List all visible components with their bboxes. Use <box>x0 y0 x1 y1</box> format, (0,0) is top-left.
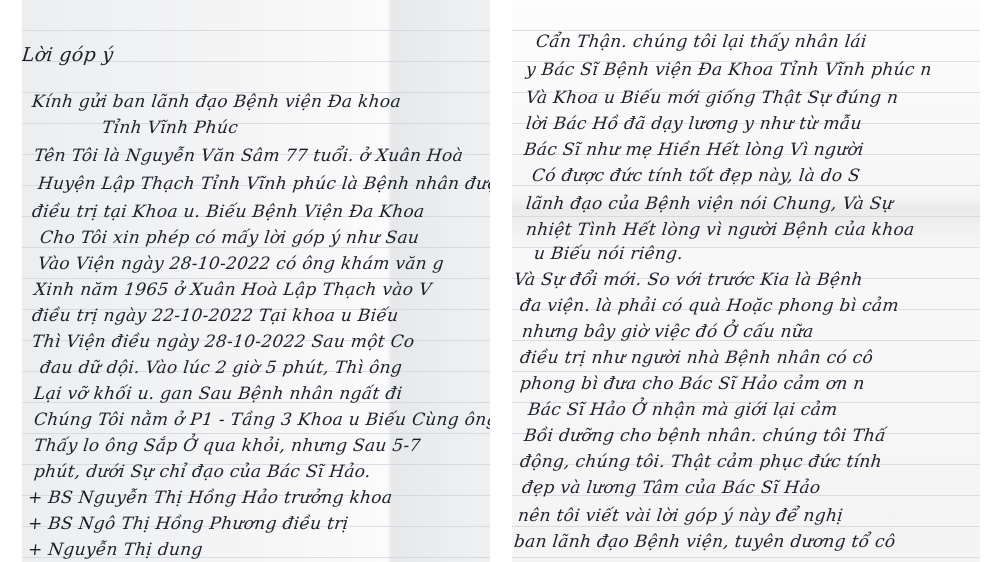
letter-line: Bác Sĩ Hảo Ở nhận mà giới lại cảm <box>527 400 839 420</box>
letter-line: điều trị như người nhà Bệnh nhân có cô <box>519 348 874 368</box>
letter-line: Vào Viện ngày 28-10-2022 có ông khám văn… <box>37 254 445 274</box>
letter-line: Thì Viện điều ngày 28-10-2022 Sau một Co <box>31 332 416 352</box>
letter-line: + Nguyễn Thị dung <box>27 540 204 560</box>
letter-line: Có được đức tính tốt đẹp này, là do S <box>531 166 861 186</box>
letter-page-right: Cẩn Thận. chúng tôi lại thấy nhân lái y … <box>512 0 980 562</box>
letter-line: động, chúng tôi. Thật cảm phục đức tính <box>519 452 883 472</box>
letter-line: phong bì đưa cho Bác Sĩ Hảo cảm ơn n <box>519 374 866 394</box>
letter-line: điều trị tại Khoa u. Biếu Bệnh Viện Đa K… <box>31 202 426 222</box>
letter-line: Cho Tôi xin phép có mấy lời góp ý như Sa… <box>39 228 420 248</box>
letter-line: nhiệt Tình Hết lòng vì người Bệnh của kh… <box>525 220 916 240</box>
letter-line: lãnh đạo của Bệnh viện nói Chung, Và Sự <box>525 194 894 214</box>
letter-line: + BS Nguyễn Thị Hồng Hảo trưởng khoa <box>27 488 393 508</box>
letter-line: nên tôi viết vài lời góp ý này để nghị <box>517 506 844 526</box>
letter-title: Lời góp ý <box>22 44 115 66</box>
letter-line: Bồi dưỡng cho bệnh nhân. chúng tôi Thấ <box>523 426 887 446</box>
letter-line: Lại vỡ khối u. gan Sau Bệnh nhân ngất đi <box>33 384 403 404</box>
salutation: Kính gửi ban lãnh đạo Bệnh viện Đa khoa <box>31 92 402 112</box>
letter-line: Chúng Tôi nằm ở P1 - Tầng 3 Khoa u Biếu … <box>33 410 490 430</box>
letter-line: nhưng bây giờ việc đó Ở cấu nữa <box>521 322 815 342</box>
letter-line: đau dữ dội. Vào lúc 2 giờ 5 phút, Thì ôn… <box>39 358 403 378</box>
salutation-cont: Tỉnh Vĩnh Phúc <box>101 118 239 138</box>
letter-line: phút, dưới Sự chỉ đạo của Bác Sĩ Hảo. <box>33 462 372 482</box>
letter-line: ban lãnh đạo Bệnh viện, tuyên dương tổ c… <box>513 532 897 552</box>
letter-line: Thấy lo ông Sắp Ở qua khỏi, nhưng Sau 5-… <box>33 436 422 456</box>
letter-line: Và Sự đổi mới. So với trước Kia là Bệnh <box>513 270 864 290</box>
letter-line: u Biếu nói riêng. <box>533 244 684 264</box>
letter-line: y Bác Sĩ Bệnh viện Đa Khoa Tỉnh Vĩnh phú… <box>525 60 933 80</box>
letter-line: Và Khoa u Biếu mới giống Thật Sự đúng n <box>525 88 899 108</box>
letter-line: Cẩn Thận. chúng tôi lại thấy nhân lái <box>535 32 868 52</box>
letter-line: đa viện. là phải có quà Hoặc phong bì cả… <box>519 296 900 316</box>
letter-line: Bác Sĩ như mẹ Hiền Hết lòng Vì người <box>523 140 865 160</box>
letter-line: lời Bác Hồ đã dạy lương y như từ mẫu <box>525 114 863 134</box>
letter-page-left: Lời góp ý Kính gửi ban lãnh đạo Bệnh việ… <box>22 0 490 562</box>
letter-line: + BS Ngô Thị Hồng Phương điều trị <box>27 514 350 534</box>
letter-line: đẹp và lương Tâm của Bác Sĩ Hảo <box>521 478 822 498</box>
letter-line: Huyện Lập Thạch Tỉnh Vĩnh phúc là Bệnh n… <box>37 174 490 194</box>
letter-line: Xinh năm 1965 ở Xuân Hoà Lập Thạch vào V <box>33 280 433 300</box>
letter-line: điều trị ngày 22-10-2022 Tại khoa u Biếu <box>31 306 399 326</box>
letter-line: Tên Tôi là Nguyễn Văn Sâm 77 tuổi. ở Xuâ… <box>33 146 464 166</box>
